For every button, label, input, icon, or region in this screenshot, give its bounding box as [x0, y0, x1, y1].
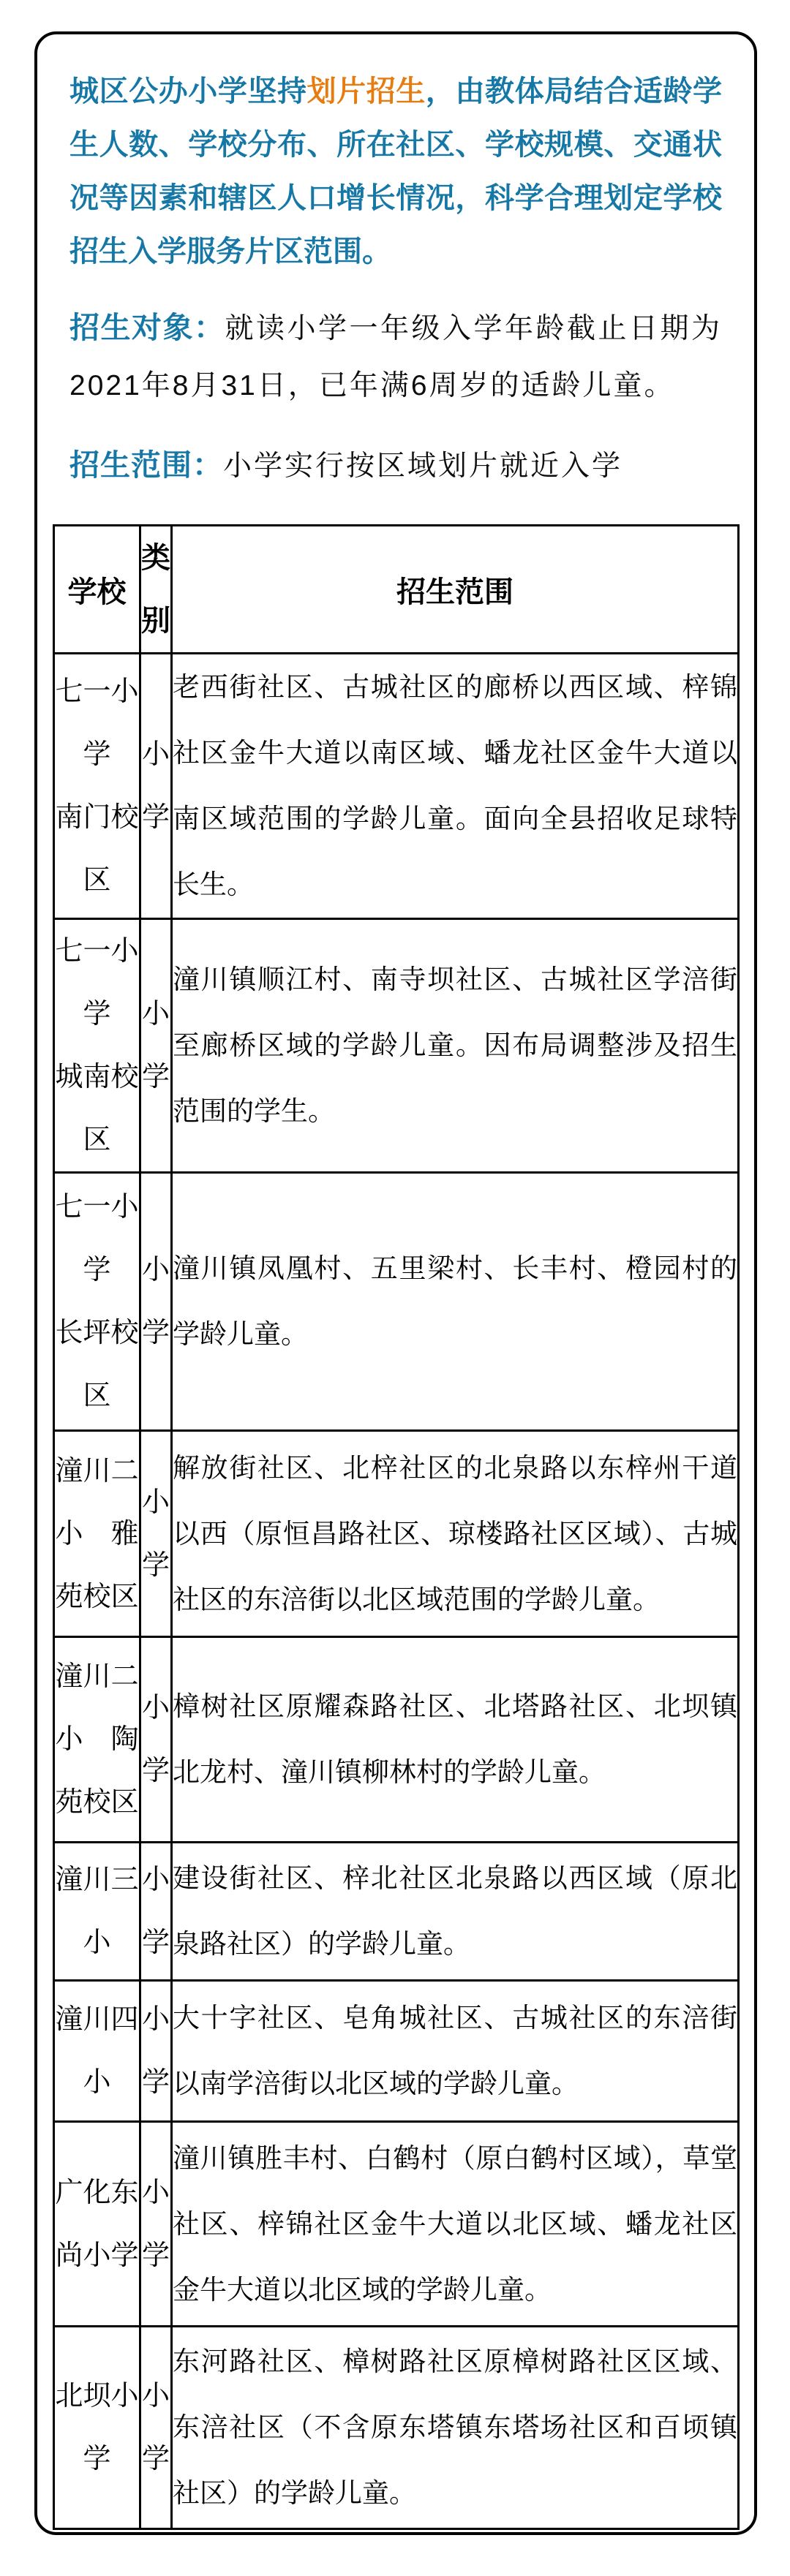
school-cell: 潼川二 小 陶 苑校区 [54, 1637, 140, 1843]
table-row: 潼川二 小 陶 苑校区 小 学 樟树社区原耀森路社区、北塔路社区、北坝镇北龙村、… [54, 1637, 739, 1843]
category-cell: 小 学 [140, 2327, 172, 2529]
table-row: 七一小 学 城南校 区 小 学 潼川镇顺江村、南寺坝社区、古城社区学涪街至廊桥区… [54, 919, 739, 1173]
scope-cell: 解放街社区、北梓社区的北泉路以东梓州干道以西（原恒昌路社区、琼楼路社区区域）、古… [172, 1431, 739, 1637]
header-school: 学校 [54, 526, 140, 654]
table-row: 潼川四 小 小 学 大十字社区、皂角城社区、古城社区的东涪街以南学涪街以北区域的… [54, 1981, 739, 2122]
category-cell: 小 学 [140, 654, 172, 919]
table-row: 七一小 学 南门校 区 小 学 老西街社区、古城社区的廊桥以西区域、梓锦社区金牛… [54, 654, 739, 919]
school-cell: 七一小 学 城南校 区 [54, 919, 140, 1173]
category-cell: 小 学 [140, 1173, 172, 1431]
school-cell: 北坝小 学 [54, 2327, 140, 2529]
school-cell: 潼川四 小 [54, 1981, 140, 2122]
category-cell: 小 学 [140, 919, 172, 1173]
section-enrollment-target: 招生对象：就读小学一年级入学年龄截止日期为2021年8月31日，已年满6周岁的适… [69, 299, 722, 415]
intro-highlight: 划片招生 [307, 75, 426, 107]
intro-paragraph: 城区公办小学坚持划片招生，由教体局结合适龄学生人数、学校分布、所在社区、学校规模… [69, 65, 722, 279]
table-row: 潼川三 小 小 学 建设街社区、梓北社区北泉路以西区域（原北泉路社区）的学龄儿童… [54, 1843, 739, 1981]
scope-cell: 建设街社区、梓北社区北泉路以西区域（原北泉路社区）的学龄儿童。 [172, 1843, 739, 1981]
scope-cell: 大十字社区、皂角城社区、古城社区的东涪街以南学涪街以北区域的学龄儿童。 [172, 1981, 739, 2122]
scope-cell: 潼川镇顺江村、南寺坝社区、古城社区学涪街至廊桥区域的学龄儿童。因布局调整涉及招生… [172, 919, 739, 1173]
scope-cell: 潼川镇胜丰村、白鹤村（原白鹤村区域），草堂社区、梓锦社区金牛大道以北区域、蟠龙社… [172, 2122, 739, 2327]
category-cell: 小 学 [140, 1431, 172, 1637]
table-row: 北坝小 学 小 学 东河路社区、樟树路社区原樟树路社区区域、东涪社区（不含原东塔… [54, 2327, 739, 2529]
table-row: 潼川二 小 雅 苑校区 小 学 解放街社区、北梓社区的北泉路以东梓州干道以西（原… [54, 1431, 739, 1637]
table-header-row: 学校 类 别 招生范围 [54, 526, 739, 654]
category-cell: 小 学 [140, 2122, 172, 2327]
header-category: 类 别 [140, 526, 172, 654]
scope-cell: 潼川镇凤凰村、五里梁村、长丰村、橙园村的学龄儿童。 [172, 1173, 739, 1431]
intro-text-pre: 城区公办小学坚持 [69, 75, 307, 107]
enrollment-table: 学校 类 别 招生范围 七一小 学 南门校 区 小 学 老西街社区、古城社区的廊… [53, 524, 740, 2530]
enrollment-card: 城区公办小学坚持划片招生，由教体局结合适龄学生人数、学校分布、所在社区、学校规模… [34, 31, 757, 2535]
section-target-label: 招生对象： [69, 311, 225, 344]
scope-cell: 东河路社区、樟树路社区原樟树路社区区域、东涪社区（不含原东塔镇东塔场社区和百顷镇… [172, 2327, 739, 2529]
category-cell: 小 学 [140, 1981, 172, 2122]
section-scope-text: 小学实行按区域划片就近入学 [223, 450, 622, 482]
table-row: 七一小 学 长坪校 区 小 学 潼川镇凤凰村、五里梁村、长丰村、橙园村的学龄儿童… [54, 1173, 739, 1431]
scope-cell: 樟树社区原耀森路社区、北塔路社区、北坝镇北龙村、潼川镇柳林村的学龄儿童。 [172, 1637, 739, 1843]
section-scope-label: 招生范围： [69, 448, 223, 482]
header-scope: 招生范围 [172, 526, 739, 654]
school-cell: 潼川二 小 雅 苑校区 [54, 1431, 140, 1637]
table-row: 广化东 尚小学 小 学 潼川镇胜丰村、白鹤村（原白鹤村区域），草堂社区、梓锦社区… [54, 2122, 739, 2327]
school-cell: 潼川三 小 [54, 1843, 140, 1981]
school-cell: 七一小 学 南门校 区 [54, 654, 140, 919]
school-cell: 七一小 学 长坪校 区 [54, 1173, 140, 1431]
category-cell: 小 学 [140, 1637, 172, 1843]
scope-cell: 老西街社区、古城社区的廊桥以西区域、梓锦社区金牛大道以南区域、蟠龙社区金牛大道以… [172, 654, 739, 919]
category-cell: 小 学 [140, 1843, 172, 1981]
school-cell: 广化东 尚小学 [54, 2122, 140, 2327]
section-enrollment-scope: 招生范围：小学实行按区域划片就近入学 [69, 437, 722, 495]
